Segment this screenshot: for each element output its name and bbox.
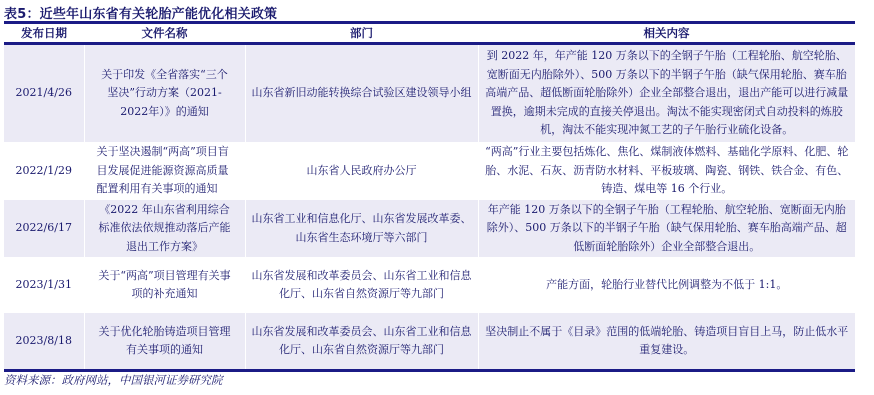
cell-content: “两高”行业主要包括炼化、焦化、煤制液体燃料、基础化学原料、化肥、轮胎、水泥、石…: [478, 142, 855, 200]
cell-date: 2022/1/29: [4, 142, 84, 200]
cell-department: 山东省发展和改革委员会、山东省工业和信息化厅、山东省自然资源厅等九部门: [245, 313, 478, 371]
table-row: 2021/4/26 关于印发《全省落实“三个坚决”行动方案（2021-2022年…: [4, 44, 855, 143]
table-row: 2022/6/17 《2022 年山东省利用综合标准依法依规推动落后产能退出工作…: [4, 200, 855, 257]
table-row: 2023/8/18 关于优化轮胎铸造项目管理有关事项的通知 山东省发展和改革委员…: [4, 313, 855, 371]
cell-document-name: 关于坚决遏制“两高”项目盲目发展促进能源资源高质量配置利用有关事项的通知: [84, 142, 245, 200]
cell-department: 山东省发展和改革委员会、山东省工业和信息化厅、山东省自然资源厅等九部门: [245, 257, 478, 313]
cell-document-name: 关于“两高”项目管理有关事项的补充通知: [84, 257, 245, 313]
cell-content: 产能方面，轮胎行业替代比例调整为不低于 1:1。: [478, 257, 855, 313]
table-title: 表5：近些年山东省有关轮胎产能优化相关政策: [4, 3, 277, 22]
cell-date: 2022/6/17: [4, 200, 84, 257]
cell-document-name: 关于优化轮胎铸造项目管理有关事项的通知: [84, 313, 245, 371]
source-note: 资料来源：政府网站，中国银河证券研究院: [4, 372, 223, 388]
table-row: 2023/1/31 关于“两高”项目管理有关事项的补充通知 山东省发展和改革委员…: [4, 257, 855, 313]
cell-date: 2023/8/18: [4, 313, 84, 371]
cell-document-name: 《2022 年山东省利用综合标准依法依规推动落后产能退出工作方案》: [84, 200, 245, 257]
cell-department: 山东省人民政府办公厅: [245, 142, 478, 200]
cell-document-name: 关于印发《全省落实“三个坚决”行动方案（2021-2022年）》的通知: [84, 44, 245, 143]
cell-department: 山东省工业和信息化厅、山东省发展改革委、山东省生态环境厅等六部门: [245, 200, 478, 257]
cell-date: 2021/4/26: [4, 44, 84, 143]
cell-date: 2023/1/31: [4, 257, 84, 313]
header-department: 部门: [245, 23, 478, 44]
table-header-row: 发布日期 文件名称 部门 相关内容: [4, 23, 855, 44]
table-row: 2022/1/29 关于坚决遏制“两高”项目盲目发展促进能源资源高质量配置利用有…: [4, 142, 855, 200]
header-content: 相关内容: [478, 23, 855, 44]
policy-table: 发布日期 文件名称 部门 相关内容 2021/4/26 关于印发《全省落实“三个…: [4, 21, 855, 372]
cell-department: 山东省新旧动能转换综合试验区建设领导小组: [245, 44, 478, 143]
cell-content: 到 2022 年，年产能 120 万条以下的全钢子午胎（工程轮胎、航空轮胎、宽断…: [478, 44, 855, 143]
header-date: 发布日期: [4, 23, 84, 44]
cell-content: 年产能 120 万条以下的全钢子午胎（工程轮胎、航空轮胎、宽断面无内胎除外）、5…: [478, 200, 855, 257]
header-document-name: 文件名称: [84, 23, 245, 44]
cell-content: 坚决制止不属于《目录》范围的低端轮胎、铸造项目盲目上马，防止低水平重复建设。: [478, 313, 855, 371]
